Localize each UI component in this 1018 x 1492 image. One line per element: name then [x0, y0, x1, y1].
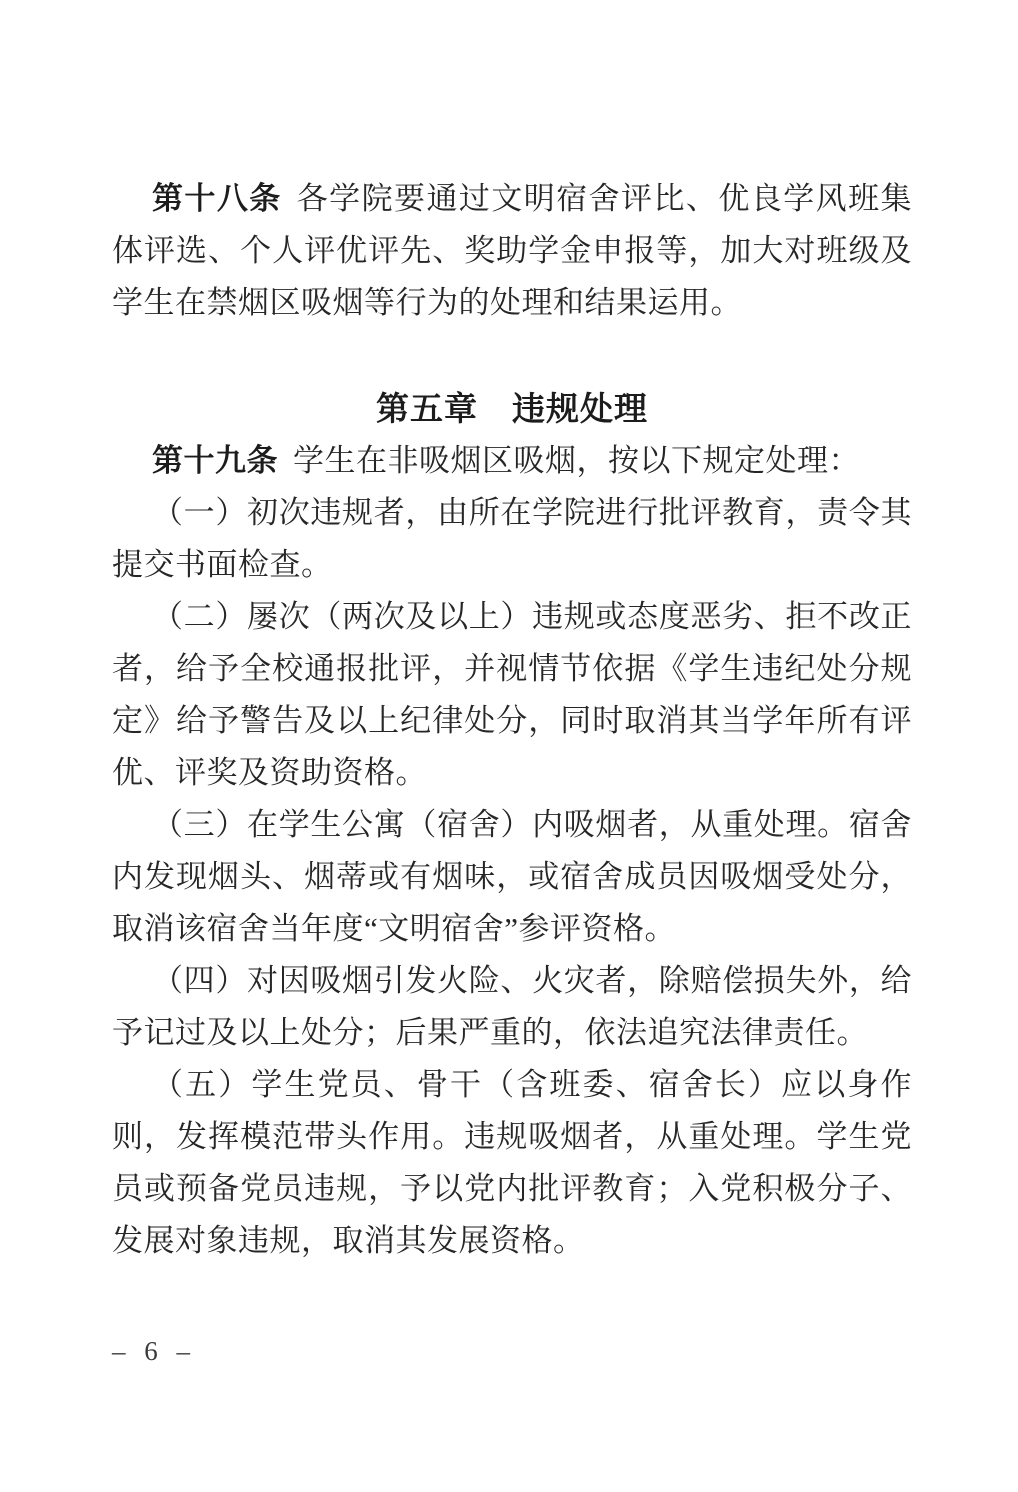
rule-item-3: （三）在学生公寓（宿舍）内吸烟者，从重处理。宿舍内发现烟头、烟蒂或有烟味，或宿舍…: [112, 799, 912, 955]
article-18-number: 第十八条: [152, 181, 282, 217]
rule-item-4: （四）对因吸烟引发火险、火灾者，除赔偿损失外，给予记过及以上处分；后果严重的，依…: [112, 955, 912, 1059]
article-19-paragraph: 第十九条学生在非吸烟区吸烟，按以下规定处理：: [112, 435, 912, 487]
page-number: – 6 –: [112, 1336, 196, 1367]
rule-item-5: （五）学生党员、骨干（含班委、宿舍长）应以身作则，发挥模范带头作用。违规吸烟者，…: [112, 1059, 912, 1267]
rule-item-1: （一）初次违规者，由所在学院进行批评教育，责令其提交书面检查。: [112, 487, 912, 591]
rule-item-2: （二）屡次（两次及以上）违规或态度恶劣、拒不改正者，给予全校通报批评，并视情节依…: [112, 591, 912, 799]
document-page: 第十八条各学院要通过文明宿舍评比、优良学风班集体评选、个人评优评先、奖助学金申报…: [0, 0, 1018, 1492]
chapter-5-heading: 第五章 违规处理: [112, 383, 912, 435]
article-19-text: 学生在非吸烟区吸烟，按以下规定处理：: [293, 443, 860, 478]
article-18-paragraph: 第十八条各学院要通过文明宿舍评比、优良学风班集体评选、个人评优评先、奖助学金申报…: [112, 173, 912, 329]
article-19-number: 第十九条: [152, 443, 278, 479]
